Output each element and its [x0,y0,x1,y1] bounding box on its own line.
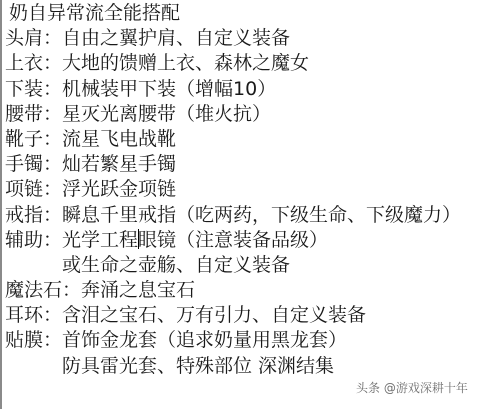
line-value-after-cursor: 眼镜（注意装备品级） [138,229,328,251]
line-value: 大地的馈赠上衣、森林之魔女 [62,52,309,74]
line-value: 防具雷光套、特殊部位 深渊结集 [62,355,334,377]
line-label: 贴膜： [5,328,62,353]
line-boots: 靴子：流星飞电战靴 [5,127,478,152]
line-value: 含泪之宝石、万有引力、自定义装备 [62,304,366,326]
line-support-continuation: 辅助：或生命之壶觞、自定义装备 [5,253,478,278]
left-border [0,0,2,409]
line-shoulder: 头肩：自由之翼护肩、自定义装备 [5,26,478,51]
line-value: 或生命之壶觞、自定义装备 [62,254,290,276]
document-body[interactable]: 奶自异常流全能搭配 头肩：自由之翼护肩、自定义装备 上衣：大地的馈赠上衣、森林之… [5,1,478,379]
line-label: 耳环： [5,303,62,328]
line-magic-stone: 魔法石：奔涌之息宝石 [5,278,478,303]
line-label: 腰带： [5,102,62,127]
watermark: 头条 @游戏深耕十年 [356,380,468,396]
line-value: 星灭光离腰带（堆火抗） [62,103,271,125]
line-bottom: 下装：机械装甲下装（增幅10） [5,77,478,102]
line-value: 机械装甲下装（增幅10） [62,78,276,100]
line-value-before-cursor: 光学工程 [62,229,138,251]
line-value: 自由之翼护肩、自定义装备 [62,27,290,49]
line-label: 靴子： [5,127,62,152]
line-emblem: 贴膜：首饰金龙套（追求奶量用黑龙套） [5,328,478,353]
line-label: 魔法石： [5,278,81,303]
line-label: 下装： [5,77,62,102]
line-label: 上衣： [5,51,62,76]
line-value: 奔涌之息宝石 [81,279,195,301]
line-value: 浮光跃金项链 [62,178,176,200]
line-value: 首饰金龙套（追求奶量用黑龙套） [62,329,347,351]
line-label: 头肩： [5,26,62,51]
line-bracelet: 手镯：灿若繁星手镯 [5,152,478,177]
line-top: 上衣：大地的馈赠上衣、森林之魔女 [5,51,478,76]
line-label: 辅助： [5,228,62,253]
line-value: 灿若繁星手镯 [62,153,176,175]
line-support: 辅助：光学工程眼镜（注意装备品级） [5,228,478,253]
line-label: 项链： [5,177,62,202]
line-value: 瞬息千里戒指（吃两药，下级生命、下级魔力） [62,204,461,226]
line-necklace: 项链：浮光跃金项链 [5,177,478,202]
line-value: 流星飞电战靴 [62,128,176,150]
line-earring: 耳环：含泪之宝石、万有引力、自定义装备 [5,303,478,328]
document-title: 奶自异常流全能搭配 [5,1,478,26]
line-emblem-continuation: 贴膜：防具雷光套、特殊部位 深渊结集 [5,354,478,379]
line-belt: 腰带：星灭光离腰带（堆火抗） [5,102,478,127]
line-label: 戒指： [5,203,62,228]
line-ring: 戒指：瞬息千里戒指（吃两药，下级生命、下级魔力） [5,203,478,228]
line-label: 手镯： [5,152,62,177]
